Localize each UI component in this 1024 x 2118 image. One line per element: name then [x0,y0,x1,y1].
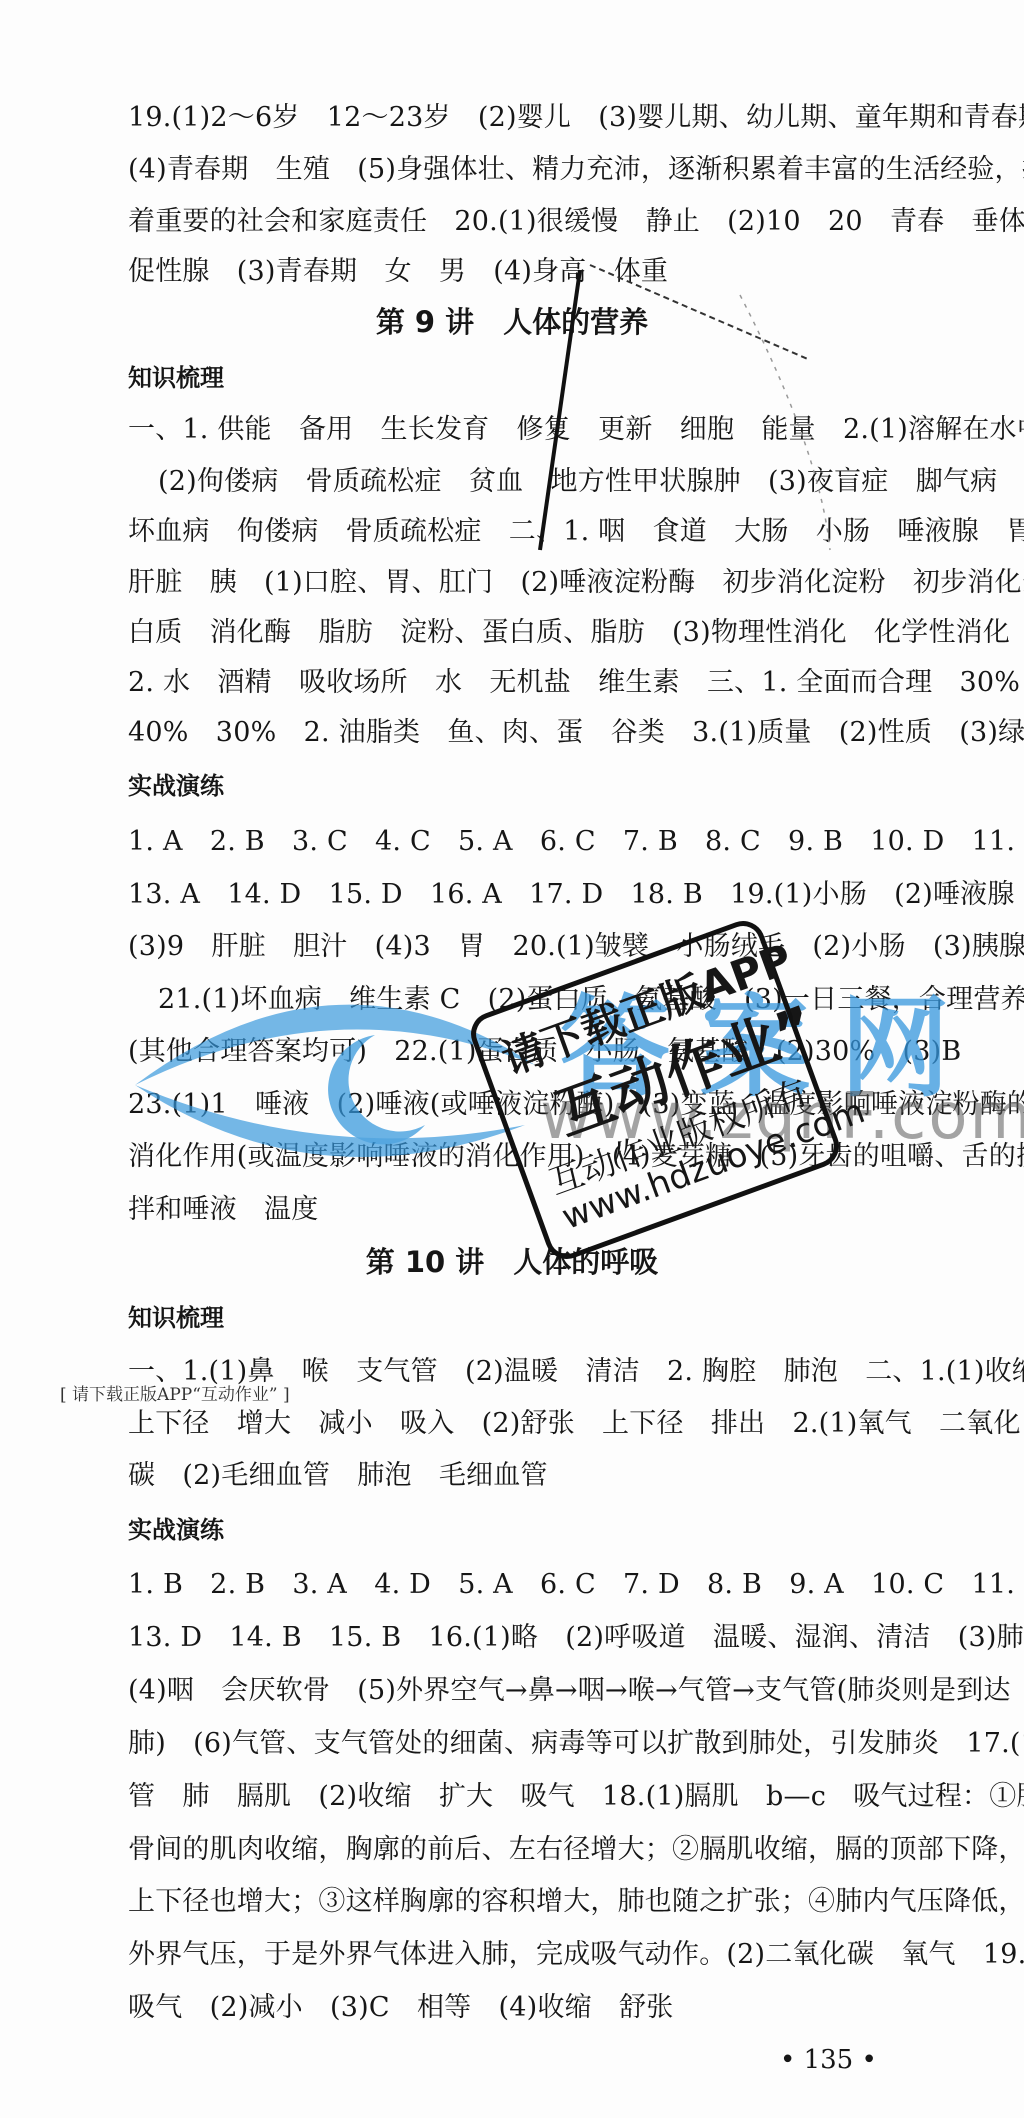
lesson-10-knowledge-heading: 知识梳理 [128,1300,224,1336]
answer-line: 23.(1)1 唾液 (2)唾液(或唾液淀粉酶) (3)变蓝 温度影响唾液淀粉酶… [128,1085,988,1125]
answer-line: 消化作用(或温度影响唾液的消化作用) (4)麦芽糖 (5)牙齿的咀嚼、舌的搅 [128,1137,988,1177]
answer-line: 白质 消化酶 脂肪 淀粉、蛋白质、脂肪 (3)物理性消化 化学性消化 [128,613,988,653]
answer-line: 着重要的社会和家庭责任 20.(1)很缓慢 静止 (2)10 20 青春 垂体 [128,202,988,242]
answer-line: (2)佝偻病 骨质疏松症 贫血 地方性甲状腺肿 (3)夜盲症 脚气病 [128,462,988,502]
answer-line: 肝脏 胰 (1)口腔、胃、肛门 (2)唾液淀粉酶 初步消化淀粉 初步消化蛋 [128,563,988,603]
answer-line: 坏血病 佝偻病 骨质疏松症 二、1. 咽 食道 大肠 小肠 唾液腺 胃 [128,512,988,552]
answer-line: (其他合理答案均可) 22.(1)蛋白质 小肠 氨基酸 (2)30% (3)B [128,1032,988,1072]
page-number: • 135 • [780,2040,877,2080]
answer-line: (4)青春期 生殖 (5)身强体壮、精力充沛，逐渐积累着丰富的生活经验，担负 [128,150,988,190]
answer-line: 一、1. 供能 备用 生长发育 修复 更新 细胞 能量 2.(1)溶解在水中 [128,410,988,450]
lesson-9-practice-heading: 实战演练 [128,768,224,804]
answer-line: 21.(1)坏血病 维生素 C (2)蛋白质 氨基酸 (3)一日三餐，合理营养 [128,980,988,1020]
lesson-9-knowledge-heading: 知识梳理 [128,360,224,396]
answer-line: 碳 (2)毛细血管 肺泡 毛细血管 [128,1456,988,1496]
answer-line: 拌和唾液 温度 [128,1190,988,1230]
answer-line: 管 肺 膈肌 (2)收缩 扩大 吸气 18.(1)膈肌 b—c 吸气过程：①肋 [128,1777,988,1817]
answer-line: 40% 30% 2. 油脂类 鱼、肉、蛋 谷类 3.(1)质量 (2)性质 (3… [128,713,988,753]
answer-line: 上下径 增大 减小 吸入 (2)舒张 上下径 排出 2.(1)氧气 二氧化 [128,1404,988,1444]
answer-line: 1. B 2. B 3. A 4. D 5. A 6. C 7. D 8. B … [128,1565,988,1605]
answer-line: 骨间的肌肉收缩，胸廓的前后、左右径增大；②膈肌收缩，膈的顶部下降，胸廓的 [128,1830,988,1870]
answer-line: 外界气压，于是外界气体进入肺，完成吸气动作。(2)二氧化碳 氧气 19.(1) [128,1935,988,1975]
lesson-10-practice-heading: 实战演练 [128,1512,224,1548]
answer-line: 吸气 (2)减小 (3)C 相等 (4)收缩 舒张 [128,1988,988,2028]
answer-line: (3)9 肝脏 胆汁 (4)3 胃 20.(1)皱襞 小肠绒毛 (2)小肠 (3… [128,927,988,967]
answer-line: 上下径也增大；③这样胸廓的容积增大，肺也随之扩张；④肺内气压降低，低于 [128,1882,988,1922]
answer-line: 2. 水 酒精 吸收场所 水 无机盐 维生素 三、1. 全面而合理 30% [128,663,988,703]
answer-line: 1. A 2. B 3. C 4. C 5. A 6. C 7. B 8. C … [128,822,988,862]
lesson-9-title: 第 9 讲 人体的营养 [0,302,1024,342]
answer-line: 19.(1)2～6岁 12～23岁 (2)婴儿 (3)婴儿期、幼儿期、童年期和青… [128,98,988,138]
side-note: [ 请下载正版APP“互动作业” ] [60,1380,290,1405]
answer-line: 促性腺 (3)青春期 女 男 (4)身高 体重 [128,252,988,292]
answer-line: 13. D 14. B 15. B 16.(1)略 (2)呼吸道 温暖、湿润、清… [128,1618,988,1658]
answer-line: 肺) (6)气管、支气管处的细菌、病毒等可以扩散到肺处，引发肺炎 17.(1)气 [128,1724,988,1764]
lesson-10-title: 第 10 讲 人体的呼吸 [0,1242,1024,1282]
answer-line: (4)咽 会厌软骨 (5)外界空气→鼻→咽→喉→气管→支气管(肺炎则是到达 [128,1671,988,1711]
answer-line: 13. A 14. D 15. D 16. A 17. D 18. B 19.(… [128,875,988,915]
